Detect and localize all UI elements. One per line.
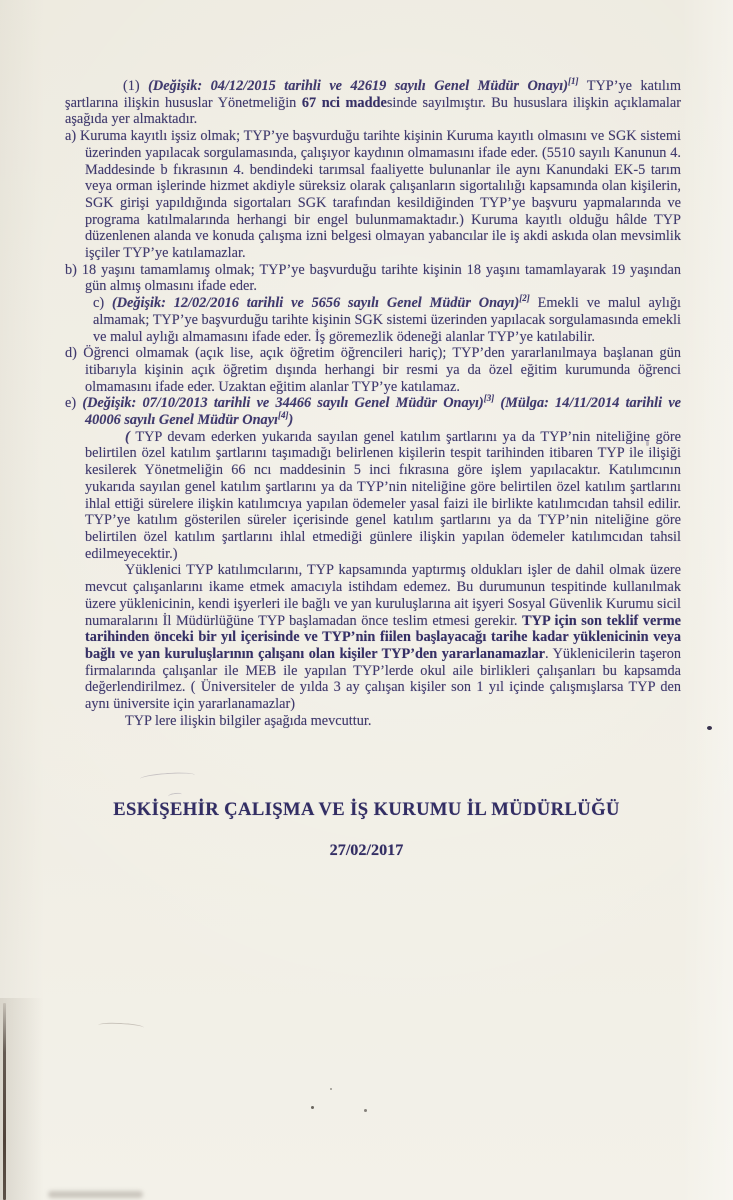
footnote-ref-1: [1] <box>568 76 579 86</box>
item-marker-d: d) <box>65 345 83 361</box>
amendment-note: (Değişik: 04/12/2015 tarihli ve 42619 sa… <box>148 78 568 94</box>
contractor-paragraph: Yüklenici TYP katılımcılarını, TYP kapsa… <box>85 562 681 712</box>
amendment-note-e: (Değişik: 07/10/2013 tarihli ve 34466 sa… <box>82 395 483 411</box>
document-text-block: (1) (Değişik: 04/12/2015 tarihli ve 4261… <box>65 78 681 729</box>
list-item-b: b) 18 yaşını tamamlamış olmak; TYP’ye ba… <box>65 262 681 295</box>
list-item-c: c) (Değişik: 12/02/2016 tarihli ve 5656 … <box>93 295 681 345</box>
item-text-a: Kuruma kayıtlı işsiz olmak; TYP’ye başvu… <box>80 128 681 261</box>
list-item-e: e) (Değişik: 07/10/2013 tarihli ve 34466… <box>65 395 681 428</box>
clause-number: (1) <box>123 78 148 94</box>
open-paren: ( <box>125 429 135 445</box>
scan-speck <box>330 1088 332 1090</box>
scan-speck <box>311 1106 314 1109</box>
item-text-d: Öğrenci olmamak (açık lise, açık öğretim… <box>83 345 681 394</box>
item-marker-b: b) <box>65 262 82 278</box>
footnote-ref-4: [4] <box>278 410 289 420</box>
typ-conditions-paragraph: ( TYP devam ederken yukarıda sayılan gen… <box>85 429 681 563</box>
scan-corner-shade <box>0 998 58 1200</box>
list-item-d: d) Öğrenci olmamak (açık lise, açık öğre… <box>65 345 681 395</box>
item-marker-e: e) <box>65 395 82 411</box>
footnote-ref-2: [2] <box>519 293 530 303</box>
list-item-a: a) Kuruma kayıtlı işsiz olmak; TYP’ye ba… <box>65 128 681 262</box>
typ-conditions-text: TYP devam ederken yukarıda sayılan genel… <box>85 429 681 562</box>
document-date: 27/02/2017 <box>0 841 733 860</box>
article-ref-bold: 67 nci madde <box>302 95 387 111</box>
scan-smudge-mark <box>98 1022 144 1031</box>
scan-speck <box>364 1109 367 1112</box>
scan-bottom-smudge <box>48 1191 143 1198</box>
footnote-ref-3: [3] <box>484 394 495 404</box>
office-heading: ESKİŞEHİR ÇALIŞMA VE İŞ KURUMU İL MÜDÜRL… <box>0 799 733 821</box>
scan-speck <box>707 726 712 730</box>
item-text-b: 18 yaşını tamamlamış olmak; TYP’ye başvu… <box>82 262 681 295</box>
scan-smudge-mark <box>168 792 183 799</box>
scan-smudge-mark <box>140 771 195 783</box>
scan-speck <box>646 441 649 446</box>
scanned-document-page: (1) (Değişik: 04/12/2015 tarihli ve 4261… <box>0 0 733 1200</box>
item-marker-a: a) <box>65 128 80 144</box>
item-marker-c: c) <box>93 295 112 311</box>
repeal-note-close: ) <box>289 412 294 428</box>
intro-paragraph: (1) (Değişik: 04/12/2015 tarihli ve 4261… <box>65 78 681 128</box>
closing-line: TYP lere ilişkin bilgiler aşağıda mevcut… <box>85 713 681 730</box>
amendment-note-c: (Değişik: 12/02/2016 tarihli ve 5656 say… <box>112 295 519 311</box>
